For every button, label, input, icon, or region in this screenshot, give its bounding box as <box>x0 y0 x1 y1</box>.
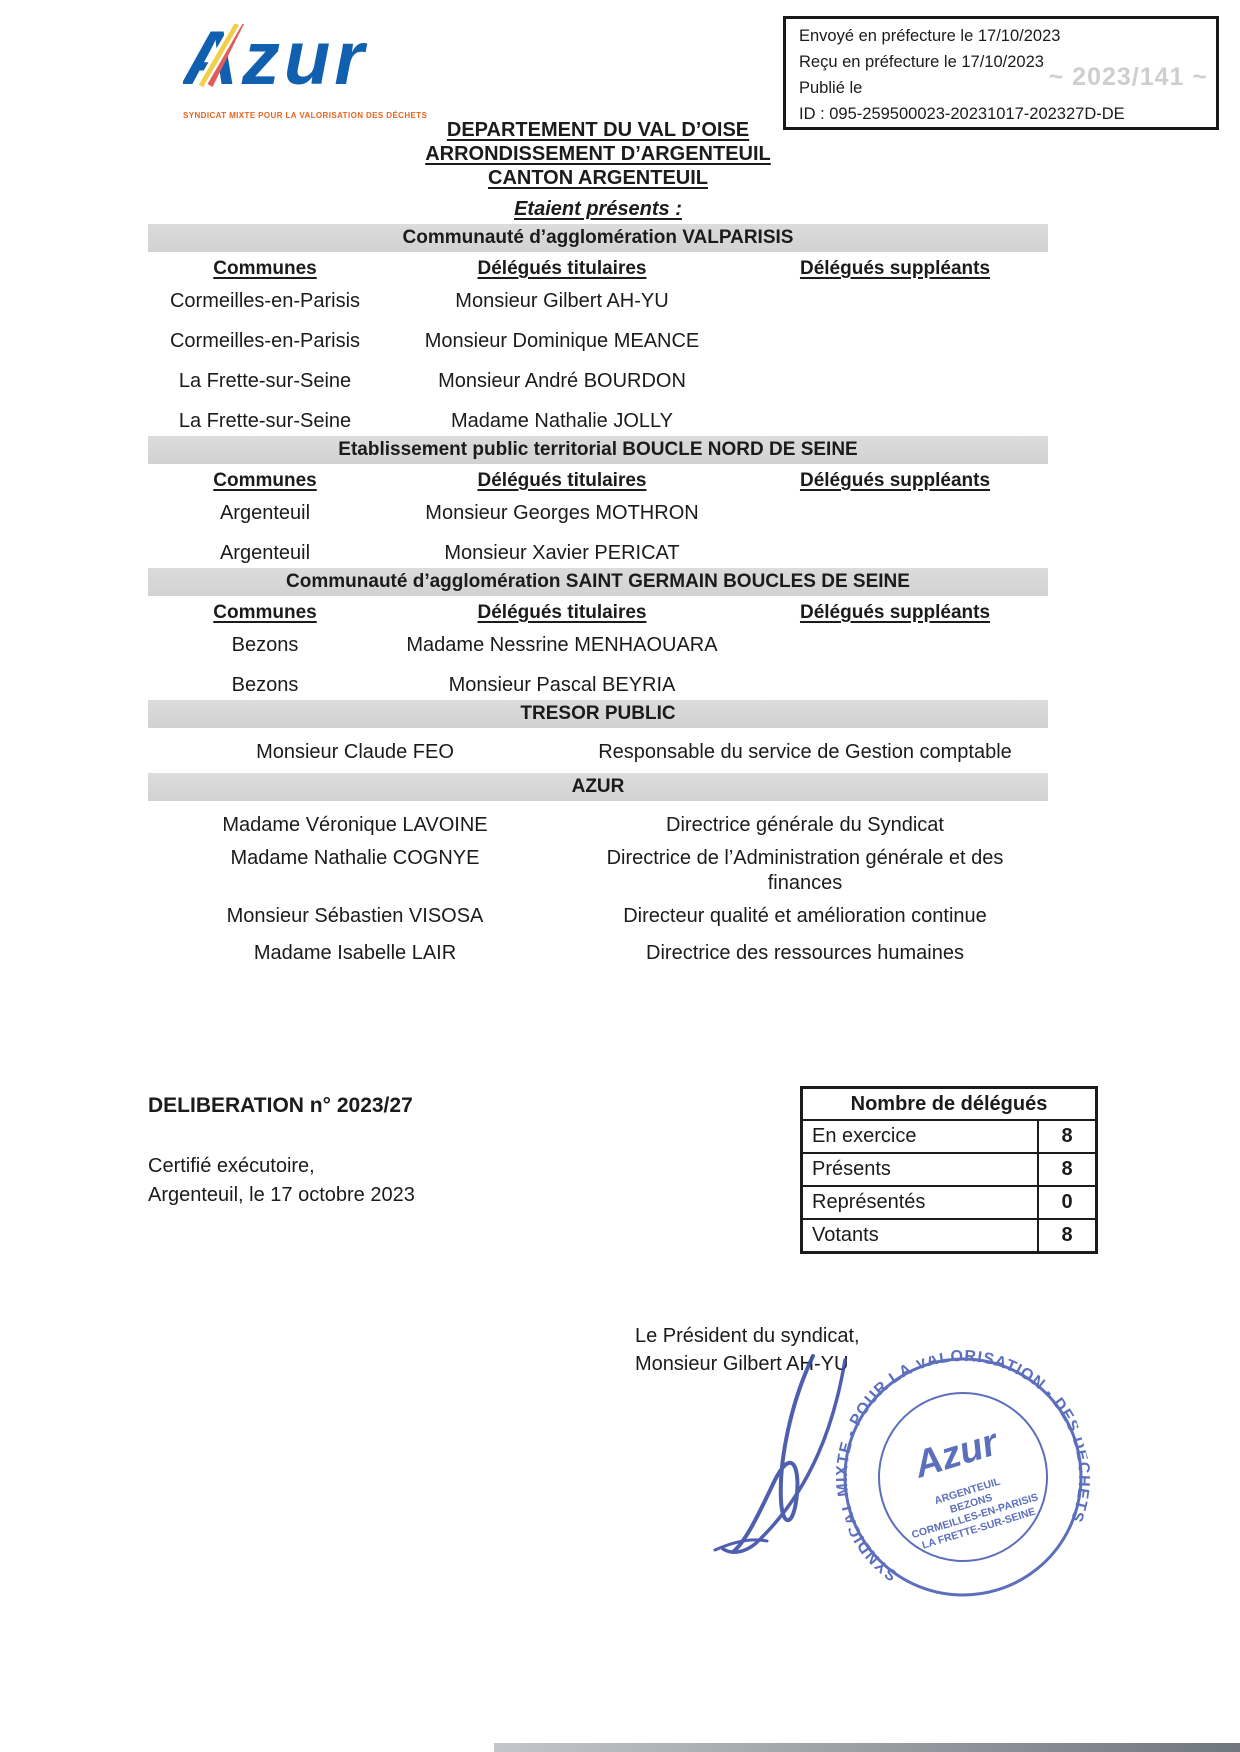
commune-cell: La Frette-sur-Seine <box>148 370 382 392</box>
table-row: Madame Véronique LAVOINE Directrice géné… <box>148 813 1048 838</box>
section-banner-saint-germain: Communauté d’agglomération SAINT GERMAIN… <box>148 568 1048 596</box>
certified-text: Certifié exécutoire, <box>148 1152 415 1181</box>
table-row: Madame Isabelle LAIR Directrice des ress… <box>148 941 1048 966</box>
count-label: En exercice <box>803 1121 1037 1152</box>
role-cell: Responsable du service de Gestion compta… <box>562 740 1048 765</box>
table-row: Cormeilles-en-Parisis Monsieur Dominique… <box>148 330 1048 352</box>
section-banner-azur: AZUR <box>148 773 1048 801</box>
count-value: 8 <box>1037 1121 1095 1152</box>
delegate-cell: Madame Nathalie JOLLY <box>382 410 742 432</box>
delegate-cell: Monsieur Pascal BEYRIA <box>382 674 742 696</box>
table-row: Monsieur Sébastien VISOSA Directeur qual… <box>148 904 1048 929</box>
section-banner-tresor-public: TRESOR PUBLIC <box>148 700 1048 728</box>
table-row: Votants 8 <box>803 1220 1095 1251</box>
delegate-cell: Monsieur Gilbert AH-YU <box>382 290 742 312</box>
suppleant-cell <box>742 410 1048 432</box>
delegate-cell: Monsieur Dominique MEANCE <box>382 330 742 352</box>
role-cell: Directrice de l’Administration générale … <box>562 846 1048 896</box>
count-label: Représentés <box>803 1187 1037 1218</box>
azur-logo: Azur SYNDICAT MIXTE POUR LA VALORISATION… <box>183 24 413 120</box>
column-header-titulaires: Délégués titulaires <box>382 258 742 280</box>
suppleant-cell <box>742 674 1048 696</box>
document-header: DEPARTEMENT DU VAL D’OISE ARRONDISSEMENT… <box>148 118 1048 190</box>
person-cell: Madame Nathalie COGNYE <box>148 846 562 896</box>
table-row: Présents 8 <box>803 1154 1095 1187</box>
suppleant-cell <box>742 502 1048 524</box>
suppleant-cell <box>742 542 1048 564</box>
stamp-azur-logo: Azur <box>909 1421 1005 1487</box>
table-row: Monsieur Claude FEO Responsable du servi… <box>148 740 1048 765</box>
suppleant-cell <box>742 634 1048 656</box>
header-canton: CANTON ARGENTEUIL <box>148 166 1048 190</box>
deliberation-number: DELIBERATION n° 2023/27 <box>148 1094 413 1118</box>
count-value: 0 <box>1037 1187 1095 1218</box>
column-headers: Communes Délégués titulaires Délégués su… <box>148 470 1048 492</box>
place-date-text: Argenteuil, le 17 octobre 2023 <box>148 1181 415 1210</box>
table-row: Cormeilles-en-Parisis Monsieur Gilbert A… <box>148 290 1048 312</box>
column-headers: Communes Délégués titulaires Délégués su… <box>148 258 1048 280</box>
column-header-suppleants: Délégués suppléants <box>742 470 1048 492</box>
commune-cell: Argenteuil <box>148 542 382 564</box>
reference-watermark: ~ 2023/141 ~ <box>1049 63 1208 92</box>
person-cell: Madame Isabelle LAIR <box>148 941 562 966</box>
table-row: Argenteuil Monsieur Xavier PERICAT <box>148 542 1048 564</box>
commune-cell: Bezons <box>148 634 382 656</box>
table-row: La Frette-sur-Seine Monsieur André BOURD… <box>148 370 1048 392</box>
table-row: En exercice 8 <box>803 1121 1095 1154</box>
person-cell: Madame Véronique LAVOINE <box>148 813 562 838</box>
person-cell: Monsieur Claude FEO <box>148 740 562 765</box>
table-row: Madame Nathalie COGNYE Directrice de l’A… <box>148 846 1048 896</box>
header-department: DEPARTEMENT DU VAL D’OISE <box>148 118 1048 142</box>
scanned-document-page: Azur SYNDICAT MIXTE POUR LA VALORISATION… <box>0 0 1240 1752</box>
delegate-cell: Madame Nessrine MENHAOUARA <box>382 634 742 656</box>
present-label: Etaient présents : <box>148 198 1048 221</box>
commune-cell: Argenteuil <box>148 502 382 524</box>
role-cell: Directeur qualité et amélioration contin… <box>562 904 1048 929</box>
table-row: Bezons Madame Nessrine MENHAOUARA <box>148 634 1048 656</box>
suppleant-cell <box>742 290 1048 312</box>
column-header-titulaires: Délégués titulaires <box>382 602 742 624</box>
table-row: Représentés 0 <box>803 1187 1095 1220</box>
count-label: Présents <box>803 1154 1037 1185</box>
commune-cell: Cormeilles-en-Parisis <box>148 330 382 352</box>
count-value: 8 <box>1037 1154 1095 1185</box>
prefecture-sent-line: Envoyé en préfecture le 17/10/2023 <box>799 27 1216 45</box>
section-banner-boucle-nord: Etablissement public territorial BOUCLE … <box>148 436 1048 464</box>
certification-block: Certifié exécutoire, Argenteuil, le 17 o… <box>148 1152 415 1210</box>
suppleant-cell <box>742 330 1048 352</box>
column-header-communes: Communes <box>148 470 382 492</box>
president-title: Le Président du syndicat, <box>635 1322 860 1350</box>
section-banner-valparisis: Communauté d’agglomération VALPARISIS <box>148 224 1048 252</box>
delegate-cell: Monsieur André BOURDON <box>382 370 742 392</box>
column-header-communes: Communes <box>148 602 382 624</box>
role-cell: Directrice des ressources humaines <box>562 941 1048 966</box>
column-header-suppleants: Délégués suppléants <box>742 258 1048 280</box>
bottom-scan-artifact <box>494 1743 1240 1752</box>
commune-cell: La Frette-sur-Seine <box>148 410 382 432</box>
count-label: Votants <box>803 1220 1037 1251</box>
role-cell: Directrice générale du Syndicat <box>562 813 1048 838</box>
header-arrondissement: ARRONDISSEMENT D’ARGENTEUIL <box>148 142 1048 166</box>
table-row: Bezons Monsieur Pascal BEYRIA <box>148 674 1048 696</box>
commune-cell: Bezons <box>148 674 382 696</box>
delegate-cell: Monsieur Xavier PERICAT <box>382 542 742 564</box>
attendance-listing: Communauté d’agglomération VALPARISIS Co… <box>148 224 1048 966</box>
count-value: 8 <box>1037 1220 1095 1251</box>
azur-logo-graphic: Azur <box>183 24 413 104</box>
column-header-communes: Communes <box>148 258 382 280</box>
person-cell: Monsieur Sébastien VISOSA <box>148 904 562 929</box>
table-row: Argenteuil Monsieur Georges MOTHRON <box>148 502 1048 524</box>
column-headers: Communes Délégués titulaires Délégués su… <box>148 602 1048 624</box>
delegate-cell: Monsieur Georges MOTHRON <box>382 502 742 524</box>
table-row: La Frette-sur-Seine Madame Nathalie JOLL… <box>148 410 1048 432</box>
suppleant-cell <box>742 370 1048 392</box>
delegates-count-table: Nombre de délégués En exercice 8 Présent… <box>800 1086 1098 1254</box>
prefecture-stamp-box: Envoyé en préfecture le 17/10/2023 Reçu … <box>783 16 1219 130</box>
column-header-titulaires: Délégués titulaires <box>382 470 742 492</box>
column-header-suppleants: Délégués suppléants <box>742 602 1048 624</box>
commune-cell: Cormeilles-en-Parisis <box>148 290 382 312</box>
delegates-table-title: Nombre de délégués <box>803 1089 1095 1121</box>
